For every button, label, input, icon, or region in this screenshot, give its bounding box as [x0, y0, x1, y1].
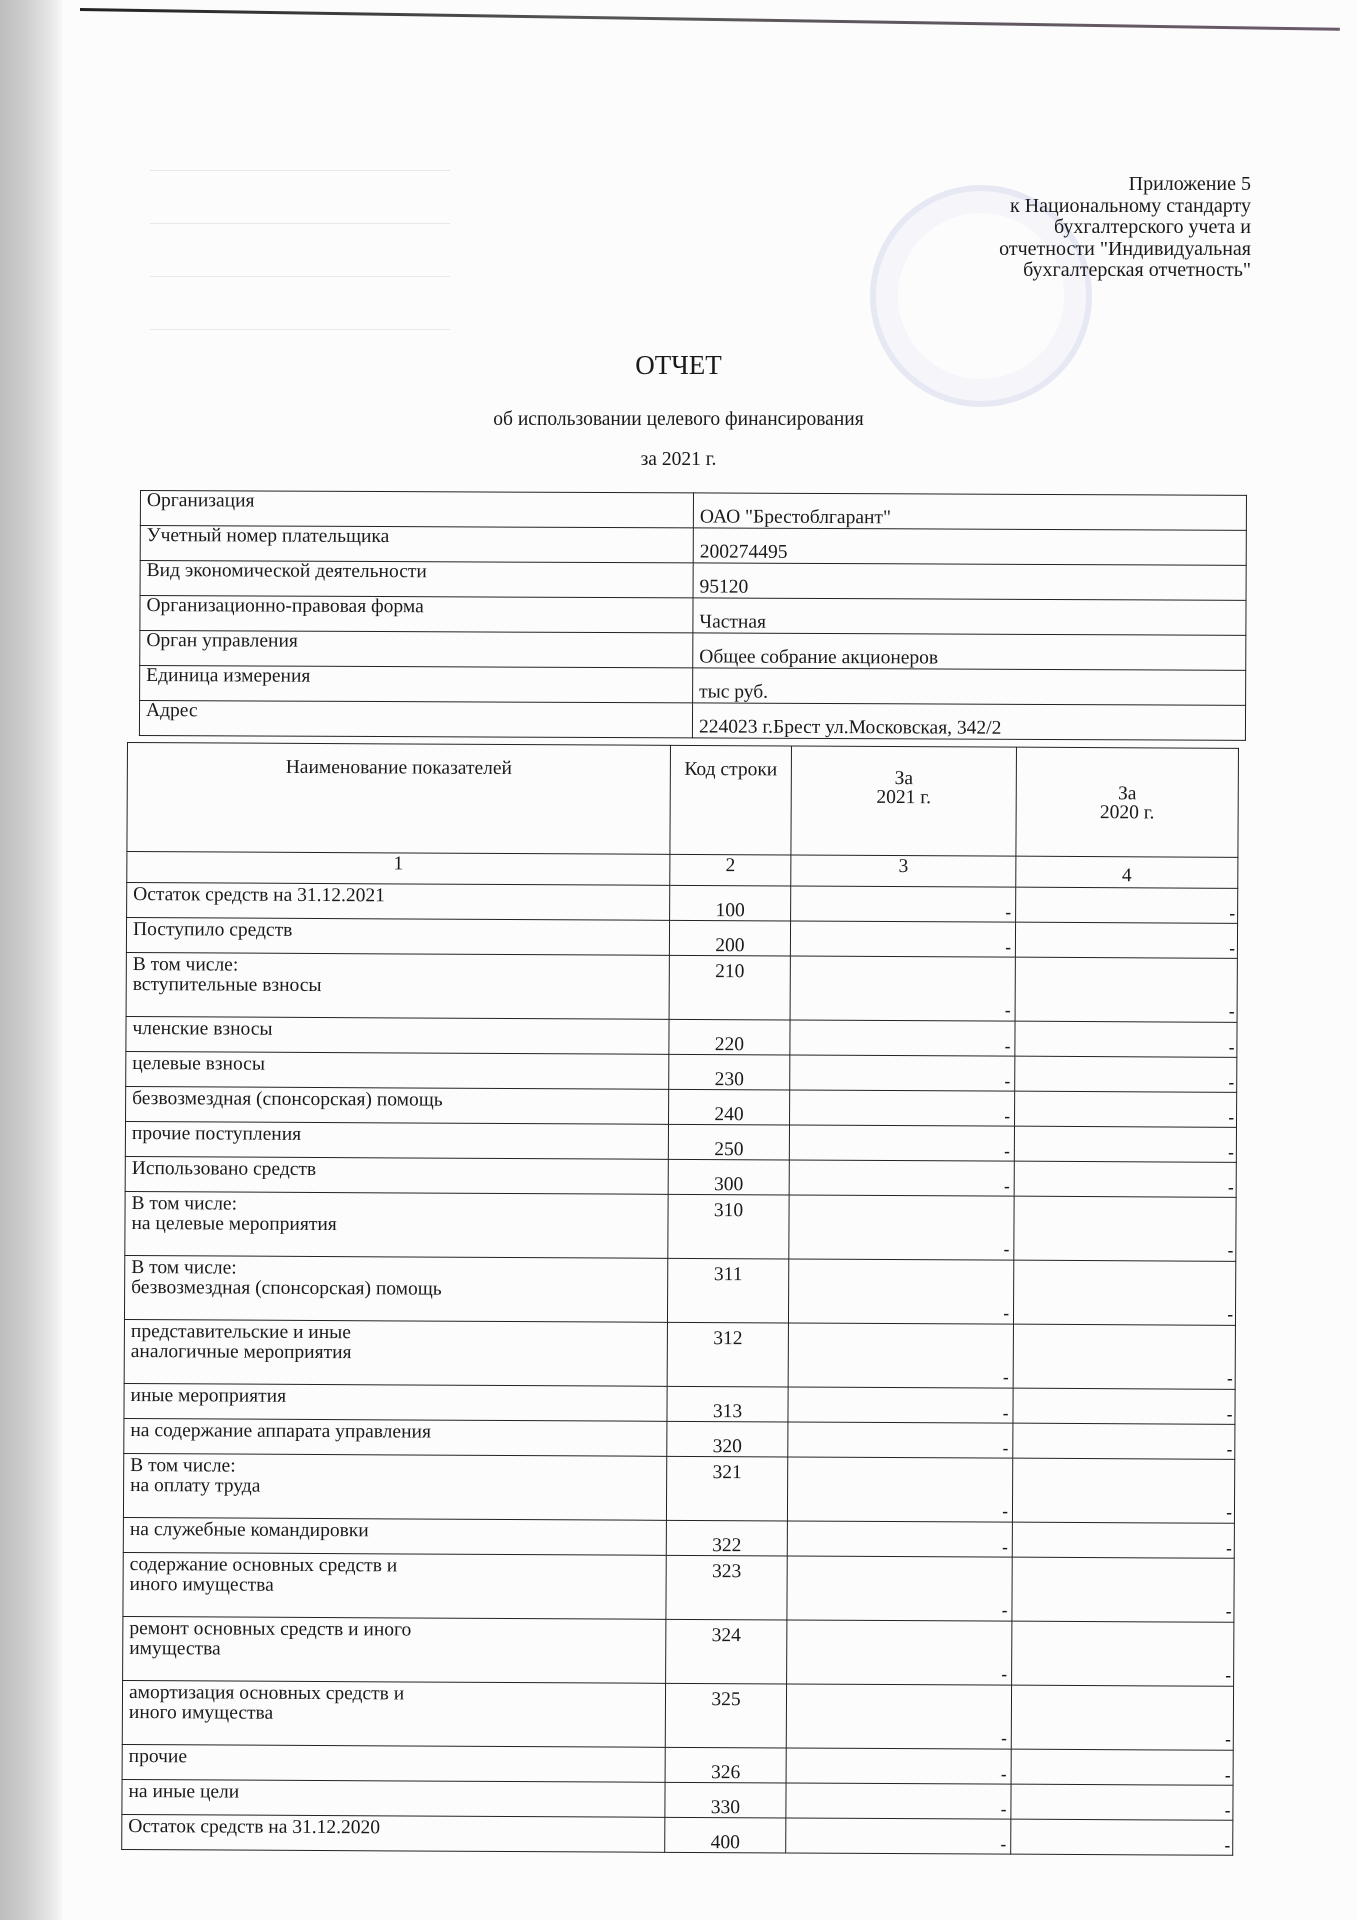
row-code: 250	[668, 1124, 789, 1160]
value-2020: -	[1011, 1749, 1233, 1785]
row-code: 324	[666, 1619, 787, 1684]
value-2020: -	[1015, 922, 1237, 958]
row-code: 313	[667, 1386, 788, 1422]
row-label-line1: Использовано средств	[132, 1159, 662, 1181]
value-2021: -	[790, 1090, 1015, 1126]
value-2021: -	[786, 1684, 1011, 1749]
row-label: членские взносы	[126, 1016, 669, 1054]
column-number: 1	[127, 852, 670, 886]
row-label: на содержание аппарата управления	[124, 1418, 667, 1456]
row-label: содержание основных средств ииного имуще…	[123, 1552, 666, 1619]
info-row: ОрганизацияОАО "Брестоблгарант"	[140, 491, 1246, 531]
info-label: Орган управления	[140, 631, 693, 668]
row-code: 312	[667, 1322, 788, 1387]
info-label: Вид экономической деятельности	[140, 561, 693, 598]
value-2021: -	[786, 1783, 1011, 1819]
info-value: ОАО "Брестоблгарант"	[693, 493, 1246, 530]
column-number: 3	[791, 855, 1016, 887]
value-2020: -	[1012, 1522, 1234, 1558]
row-label-line2: на оплату труда	[130, 1476, 660, 1499]
table-row: целевые взносы230--	[126, 1051, 1237, 1092]
value-2020: -	[1011, 1784, 1233, 1820]
info-value: 95120	[693, 563, 1246, 600]
value-2020: -	[1014, 1161, 1236, 1197]
report-title: ОТЧЕТ	[0, 350, 1357, 381]
value-2020: -	[1013, 1260, 1235, 1325]
value-2021: -	[789, 1160, 1014, 1196]
table-row: Остаток средств на 31.12.2020400--	[122, 1814, 1233, 1855]
row-label: прочие поступления	[125, 1121, 668, 1159]
info-label: Учетный номер плательщика	[140, 526, 693, 563]
row-code: 200	[669, 920, 790, 956]
row-label-line1: Остаток средств на 31.12.2021	[133, 885, 663, 907]
info-label: Организация	[140, 491, 693, 528]
value-2021: -	[788, 1387, 1013, 1423]
table-row: прочие326--	[122, 1744, 1233, 1785]
row-code: 323	[666, 1555, 787, 1620]
row-label-line2: безвозмездная (спонсорская) помощь	[131, 1278, 661, 1301]
value-2021: -	[788, 1422, 1013, 1458]
value-2020: -	[1014, 1126, 1236, 1162]
row-code: 240	[669, 1089, 790, 1125]
header-code: Код строки	[670, 745, 792, 855]
value-2021: -	[787, 1620, 1012, 1685]
value-2020: -	[1015, 1021, 1237, 1057]
row-label: безвозмездная (спонсорская) помощь	[126, 1086, 669, 1124]
value-2020: -	[1014, 1196, 1236, 1261]
organization-info-table: ОрганизацияОАО "Брестоблгарант"Учетный н…	[139, 490, 1247, 741]
row-label: ремонт основных средств и иногоимущества	[123, 1616, 666, 1683]
value-2020: -	[1013, 1423, 1235, 1459]
target-financing-table: Наименование показателей Код строки За 2…	[121, 742, 1239, 1856]
info-row: Учетный номер плательщика200274495	[140, 526, 1246, 566]
row-code: 325	[665, 1683, 786, 1748]
info-row: Организационно-правовая формаЧастная	[140, 596, 1246, 636]
value-2021: -	[787, 1521, 1012, 1557]
value-2021: -	[786, 1748, 1011, 1784]
table-row: на содержание аппарата управления320--	[124, 1418, 1235, 1459]
value-2020: -	[1011, 1685, 1233, 1750]
row-code: 220	[669, 1019, 790, 1055]
info-row: Вид экономической деятельности95120	[140, 561, 1246, 601]
value-2021: -	[790, 921, 1015, 957]
row-code: 330	[665, 1782, 786, 1818]
row-label-line1: членские взносы	[132, 1019, 662, 1041]
value-2020: -	[1015, 957, 1237, 1022]
info-value: 224023 г.Брест ул.Московская, 342/2	[692, 703, 1245, 740]
value-2021: -	[788, 1259, 1013, 1324]
table-row: Использовано средств300--	[125, 1156, 1236, 1197]
info-value: тыс руб.	[693, 668, 1246, 705]
table-row: прочие поступления250--	[125, 1121, 1236, 1162]
column-number: 4	[1016, 856, 1238, 888]
value-2021: -	[789, 1125, 1014, 1161]
table-row: В том числе:вступительные взносы210--	[126, 952, 1237, 1022]
value-2020: -	[1012, 1621, 1234, 1686]
row-code: 311	[667, 1258, 788, 1323]
table-row: представительские и иныеаналогичные меро…	[124, 1319, 1235, 1389]
header-2020-line1: За	[1023, 784, 1232, 804]
value-2021: -	[786, 1818, 1011, 1854]
row-label-line2: иного имущества	[130, 1575, 660, 1598]
value-2021: -	[787, 1457, 1012, 1522]
row-label-line1: прочие поступления	[132, 1124, 662, 1146]
table-row: содержание основных средств ииного имуще…	[123, 1552, 1234, 1622]
report-subtitle: об использовании целевого финансирования	[0, 409, 1357, 431]
row-label: иные мероприятия	[124, 1383, 667, 1421]
row-label: прочие	[122, 1744, 665, 1782]
value-2020: -	[1015, 1056, 1237, 1092]
info-label: Организационно-правовая форма	[140, 596, 693, 633]
row-label-line2: аналогичные мероприятия	[131, 1342, 661, 1365]
row-label: В том числе:на целевые мероприятия	[125, 1191, 668, 1258]
row-label: на служебные командировки	[123, 1517, 666, 1555]
column-number: 2	[670, 854, 791, 886]
row-label-line2: вступительные взносы	[133, 975, 663, 998]
row-code: 322	[666, 1520, 787, 1556]
table-row: на иные цели330--	[122, 1779, 1233, 1820]
info-value: Частная	[693, 598, 1246, 635]
table-row: Остаток средств на 31.12.2021100--	[127, 883, 1238, 924]
table-row: безвозмездная (спонсорская) помощь240--	[126, 1086, 1237, 1127]
row-label: В том числе:на оплату труда	[123, 1453, 666, 1520]
header-2020: За 2020 г.	[1016, 747, 1239, 857]
row-label: представительские и иныеаналогичные меро…	[124, 1319, 667, 1386]
row-label-line1: на служебные командировки	[130, 1520, 660, 1542]
row-label-line1: прочие	[129, 1747, 659, 1769]
value-2021: -	[787, 1556, 1012, 1621]
value-2020: -	[1012, 1458, 1234, 1523]
row-label: В том числе:безвозмездная (спонсорская) …	[124, 1255, 667, 1322]
table-row: В том числе:на оплату труда321--	[123, 1453, 1234, 1523]
row-label: амортизация основных средств ииного имущ…	[122, 1680, 665, 1747]
value-2021: -	[790, 956, 1015, 1021]
row-code: 230	[669, 1054, 790, 1090]
appendix-line: бухгалтерского учета и	[999, 217, 1251, 239]
row-code: 310	[668, 1194, 789, 1259]
report-period: за 2021 г.	[0, 449, 1357, 471]
info-label: Единица измерения	[140, 666, 693, 703]
value-2020: -	[1015, 1091, 1237, 1127]
info-row: Единица измерениятыс руб.	[140, 666, 1246, 706]
table-row: членские взносы220--	[126, 1016, 1237, 1057]
appendix-line: Приложение 5	[999, 174, 1251, 196]
value-2021: -	[791, 886, 1016, 922]
row-label: В том числе:вступительные взносы	[126, 952, 669, 1019]
value-2020: -	[1011, 1819, 1233, 1855]
table-row: В том числе:на целевые мероприятия310--	[125, 1191, 1236, 1261]
row-code: 300	[668, 1159, 789, 1195]
row-code: 100	[670, 885, 791, 921]
row-label-line2: иного имущества	[129, 1703, 659, 1726]
row-label-line1: Остаток средств на 31.12.2020	[128, 1817, 658, 1839]
table-row: на служебные командировки322--	[123, 1517, 1234, 1558]
info-row: Адрес224023 г.Брест ул.Московская, 342/2	[139, 701, 1245, 741]
header-name: Наименование показателей	[127, 743, 671, 855]
row-label-line1: на иные цели	[128, 1782, 658, 1804]
value-2021: -	[790, 1020, 1015, 1056]
info-value: Общее собрание акционеров	[693, 633, 1246, 670]
header-2021: За 2021 г.	[791, 746, 1017, 856]
row-code: 210	[669, 955, 790, 1020]
value-2021: -	[790, 1055, 1015, 1091]
row-label-line1: иные мероприятия	[131, 1386, 661, 1408]
info-row: Орган управленияОбщее собрание акционеро…	[140, 631, 1246, 671]
page-edge	[80, 8, 1340, 31]
value-2020: -	[1016, 887, 1238, 923]
value-2020: -	[1013, 1324, 1235, 1389]
row-code: 400	[665, 1817, 786, 1853]
row-label-line2: имущества	[129, 1639, 659, 1662]
header-2021-line1: За	[798, 769, 1010, 789]
row-label-line1: на содержание аппарата управления	[130, 1421, 660, 1443]
table-row: ремонт основных средств и иногоимущества…	[123, 1616, 1234, 1686]
row-label: Поступило средств	[126, 918, 669, 956]
appendix-line: бухгалтерская отчетность"	[999, 260, 1251, 282]
row-label: на иные цели	[122, 1779, 665, 1817]
row-label: Остаток средств на 31.12.2021	[127, 883, 670, 921]
value-2021: -	[789, 1195, 1014, 1260]
row-label: Остаток средств на 31.12.2020	[122, 1814, 665, 1852]
value-2020: -	[1013, 1388, 1235, 1424]
scan-shadow	[0, 0, 62, 1920]
info-value: 200274495	[693, 528, 1246, 565]
value-2021: -	[788, 1323, 1013, 1388]
appendix-line: к Национальному стандарту	[999, 196, 1251, 218]
row-label-line1: безвозмездная (спонсорская) помощь	[132, 1089, 662, 1111]
table-row: В том числе:безвозмездная (спонсорская) …	[124, 1255, 1235, 1325]
row-label: Использовано средств	[125, 1156, 668, 1194]
appendix-note: Приложение 5 к Национальному стандарту б…	[999, 174, 1251, 282]
table-row: амортизация основных средств ииного имущ…	[122, 1680, 1233, 1750]
table-row: иные мероприятия313--	[124, 1383, 1235, 1424]
row-code: 326	[665, 1747, 786, 1783]
row-label-line2: на целевые мероприятия	[131, 1214, 661, 1237]
header-2021-line2: 2021 г.	[798, 788, 1010, 808]
value-2020: -	[1012, 1557, 1234, 1622]
table-row: Поступило средств200--	[126, 918, 1237, 959]
row-label-line1: целевые взносы	[132, 1054, 662, 1076]
table-header-row: Наименование показателей Код строки За 2…	[127, 743, 1239, 858]
appendix-line: отчетности "Индивидуальная	[999, 239, 1251, 261]
row-label-line1: Поступило средств	[133, 920, 663, 942]
row-code: 321	[666, 1456, 787, 1521]
row-label: целевые взносы	[126, 1051, 669, 1089]
row-code: 320	[667, 1421, 788, 1457]
header-2020-line2: 2020 г.	[1023, 803, 1232, 823]
info-label: Адрес	[139, 701, 692, 738]
